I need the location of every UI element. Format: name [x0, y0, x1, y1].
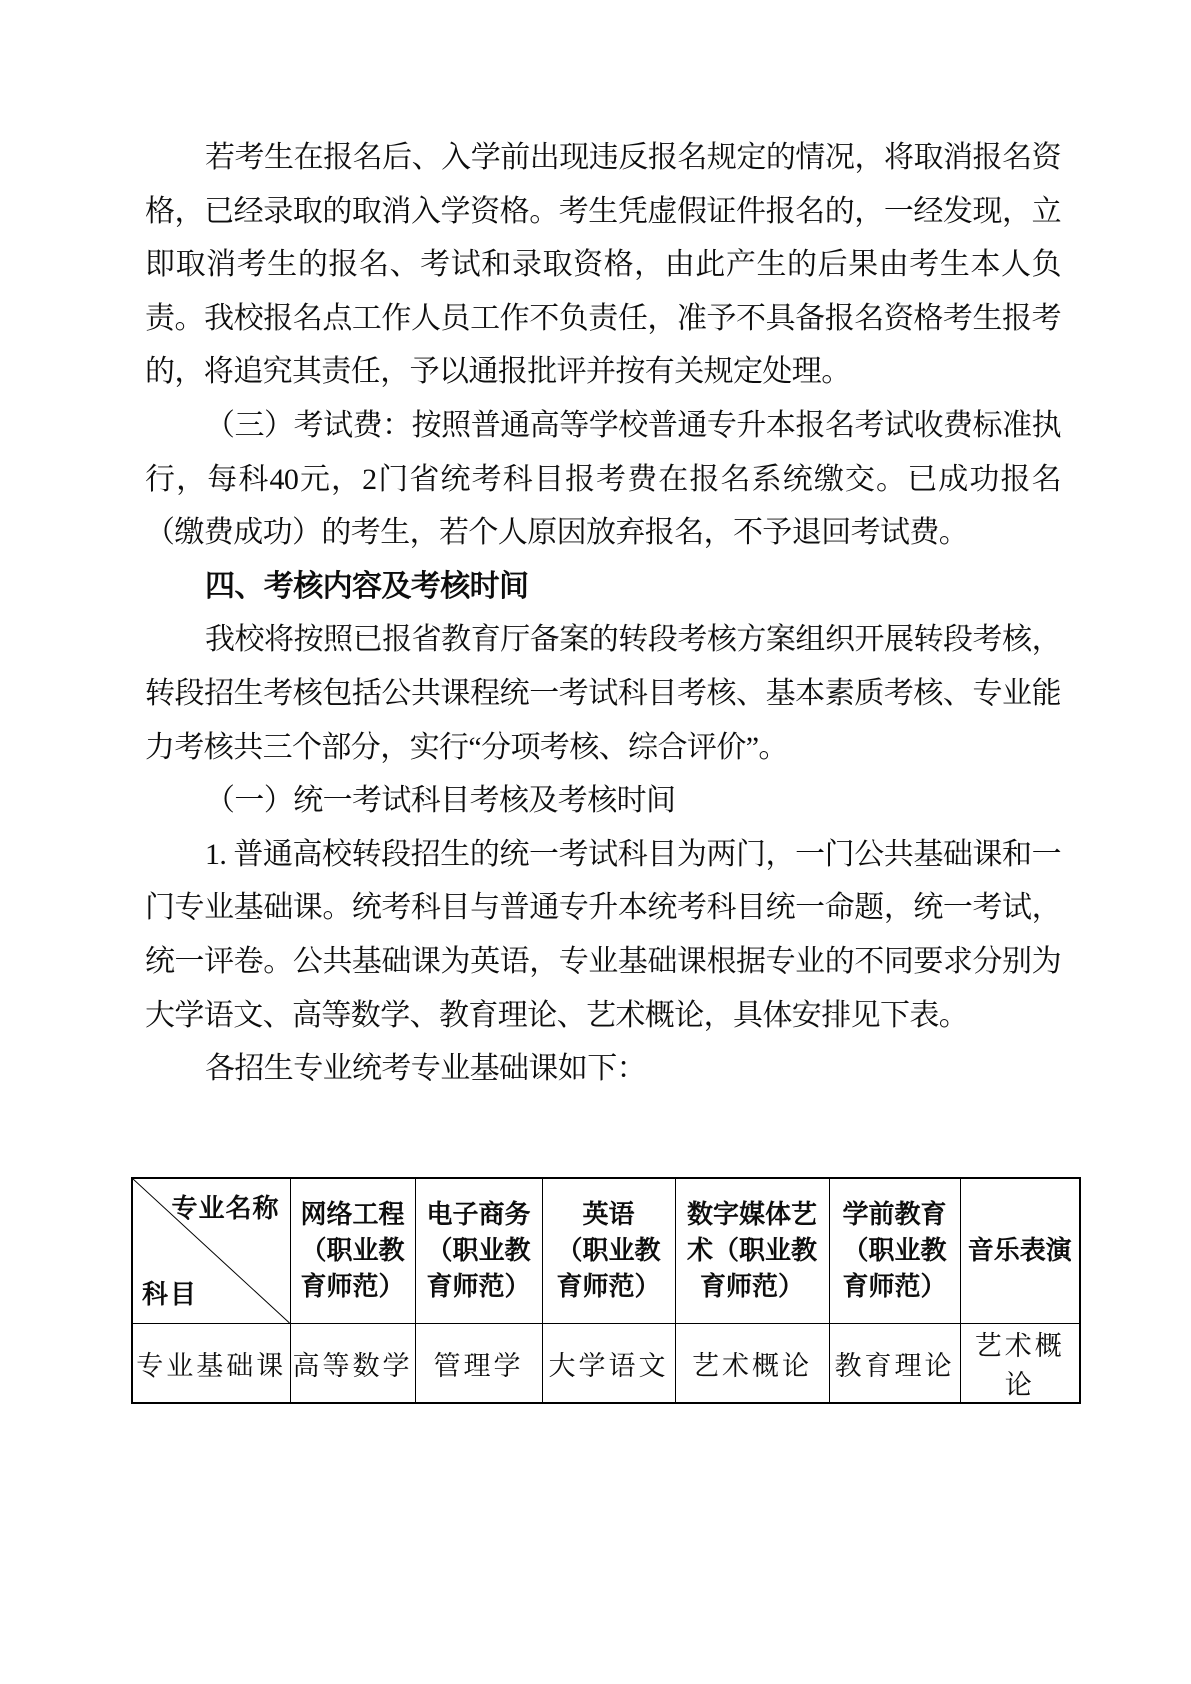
cell-art-theory-1: 艺术概论 — [675, 1324, 829, 1404]
table-corner-cell: 专业名称 科目 — [132, 1178, 290, 1324]
corner-label-major-name: 专业名称 — [171, 1191, 279, 1227]
col-header-network-engineering: 网络工程 （职业教 育师范） — [290, 1178, 415, 1324]
document-page: 若考生在报名后、入学前出现违反报名规定的情况，将取消报名资格，已经录取的取消入学… — [0, 0, 1191, 1684]
col-header-english: 英语 （职业教 育师范） — [542, 1178, 675, 1324]
subsection-heading-unified-exam: （一）统一考试科目考核及考核时间 — [145, 774, 1061, 828]
cell-college-chinese: 大学语文 — [542, 1324, 675, 1404]
corner-label-subject: 科目 — [142, 1277, 198, 1313]
paragraph-unified-exam: 1. 普通高校转段招生的统一考试科目为两门，一门公共基础课和一门专业基础课。统考… — [145, 828, 1061, 1042]
table-value-row: 专业基础课 高等数学 管理学 大学语文 艺术概论 教育理论 艺术概论 — [132, 1324, 1080, 1404]
cell-art-theory-2: 艺术概论 — [960, 1324, 1080, 1404]
paragraph-table-intro: 各招生专业统考专业基础课如下： — [145, 1042, 1061, 1096]
paragraph-assessment-overview: 我校将按照已报省教育厅备案的转段考核方案组织开展转段考核，转段招生考核包括公共课… — [145, 613, 1061, 774]
col-header-ecommerce: 电子商务 （职业教 育师范） — [415, 1178, 542, 1324]
section-heading-assessment: 四、考核内容及考核时间 — [145, 560, 1061, 614]
col-header-music-performance: 音乐表演 — [960, 1178, 1080, 1324]
paragraph-exam-fee: （三）考试费：按照普通高等学校普通专升本报名考试收费标准执行，每科40元，2门省… — [145, 399, 1061, 560]
table-header-row: 专业名称 科目 网络工程 （职业教 育师范） 电子商务 （职业教 育师范） 英语… — [132, 1178, 1080, 1324]
paragraph-penalty-rules: 若考生在报名后、入学前出现违反报名规定的情况，将取消报名资格，已经录取的取消入学… — [145, 131, 1061, 399]
row-label-basic-course: 专业基础课 — [132, 1324, 290, 1404]
cell-advanced-math: 高等数学 — [290, 1324, 415, 1404]
col-header-preschool-education: 学前教育 （职业教 育师范） — [829, 1178, 960, 1324]
cell-education-theory: 教育理论 — [829, 1324, 960, 1404]
cell-management: 管理学 — [415, 1324, 542, 1404]
col-header-digital-media-art: 数字媒体艺 术（职业教 育师范） — [675, 1178, 829, 1324]
document-body: 若考生在报名后、入学前出现违反报名规定的情况，将取消报名资格，已经录取的取消入学… — [145, 131, 1061, 1096]
subjects-table: 专业名称 科目 网络工程 （职业教 育师范） 电子商务 （职业教 育师范） 英语… — [131, 1177, 1081, 1404]
